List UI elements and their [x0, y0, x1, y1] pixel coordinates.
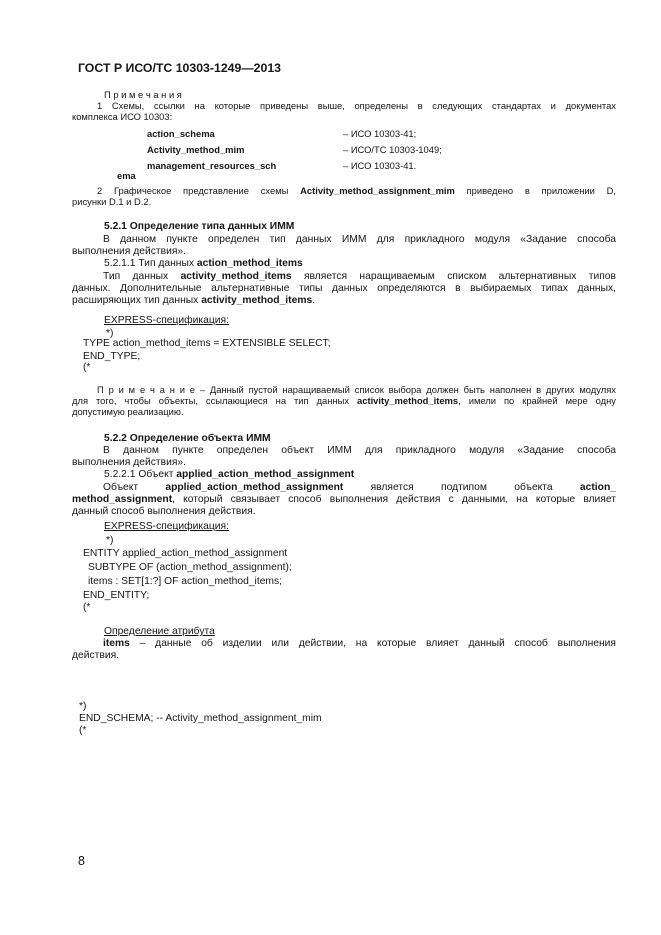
code-open-marker: *) [106, 535, 113, 547]
note1-line-2: комплекса ИСО 10303: [72, 111, 172, 122]
paragraph-entity-bold: activity_method_items [181, 271, 292, 282]
schema-name: action_schema [147, 128, 215, 139]
note2-text: приведено в приложении D, [455, 185, 616, 196]
paragraph-entity-bold: method_assignment [72, 494, 172, 505]
paragraph-entity-bold: applied_action_method_assignment [165, 482, 343, 493]
subsection-title-entity: action_method_items [197, 258, 303, 269]
express-spec-label: EXPRESS-спецификация: [104, 521, 229, 533]
paragraph-text: расширяющих тип данных [72, 295, 201, 306]
code-line: (* [83, 602, 90, 614]
code-line: ENTITY applied_action_method_assignment [83, 548, 287, 560]
doc-header: ГОСТ Р ИСО/ТС 10303-1249—2013 [78, 62, 281, 75]
paragraph-entity-bold: action_ [580, 482, 616, 493]
paragraph-text: Тип данных [103, 271, 181, 282]
subsection-title-text: 5.2.1.1 Тип данных [104, 258, 197, 269]
code-line: *) [79, 701, 86, 713]
note2-line-2: рисунки D.1 и D.2. [72, 196, 151, 207]
schema-name-wrap: ema [117, 170, 136, 181]
note-text: для того, чтобы объекты, ссылающиеся на … [72, 395, 357, 406]
document-page: ГОСТ Р ИСО/ТС 10303-1249—2013 П р и м е … [0, 0, 661, 935]
schema-ref: – ИСО 10303-41. [343, 160, 416, 171]
paragraph-entity-bold: activity_method_items [201, 295, 312, 306]
attribute-line: items – данные об изделии или действии, … [72, 638, 616, 651]
s522-paragraph-line: данный способ выполнения действия. [72, 506, 256, 518]
attribute-text: – данные об изделии или действии, на кот… [130, 638, 616, 649]
note2-text: 2 Графическое представление схемы [97, 185, 300, 196]
subsection-5221-title: 5.2.2.1 Объект applied_action_method_ass… [104, 469, 354, 481]
note2-line-1: 2 Графическое представление схемы Activi… [72, 185, 616, 198]
attribute-name-bold: items [103, 638, 130, 649]
code-line: items : SET[1:?] OF action_method_items; [88, 576, 282, 588]
schema-ref: – ИСО 10303-41; [343, 128, 416, 139]
express-spec-label: EXPRESS-спецификация: [104, 315, 229, 327]
section-521-title: 5.2.1 Определение типа данных ИММ [104, 221, 294, 233]
note-entity-bold: activity_method_items [357, 395, 458, 406]
page-number: 8 [78, 855, 85, 868]
code-line: END_SCHEMA; -- Activity_method_assignmen… [79, 713, 322, 725]
paragraph-text: , который связывает способ выполнения де… [172, 494, 616, 505]
schema-name: Activity_method_mim [147, 144, 244, 155]
attribute-line: действия. [72, 650, 119, 662]
note-text: , имели по крайней мере одну [458, 395, 616, 406]
s522-paragraph-line: выполнения действия». [72, 457, 186, 469]
subsection-title-entity: applied_action_method_assignment [176, 469, 354, 480]
code-line: TYPE action_method_items = EXTENSIBLE SE… [83, 338, 331, 350]
subsection-title-text: 5.2.2.1 Объект [104, 469, 176, 480]
schema-name: management_resources_sch [147, 160, 276, 171]
attribute-def-label: Определение атрибута [104, 626, 215, 638]
note2-schema-ref-bold: Activity_method_assignment_mim [300, 185, 455, 196]
code-line: (* [83, 362, 90, 374]
s521-note-line: допустимую реализацию. [72, 406, 184, 417]
s521-paragraph-line: расширяющих тип данных activity_method_i… [72, 295, 315, 307]
code-line: END_ENTITY; [83, 590, 149, 602]
paragraph-text: является наращиваемым списком альтернати… [292, 271, 616, 282]
schema-ref: – ИСО/ТС 10303-1049; [343, 144, 442, 155]
section-522-title: 5.2.2 Определение объекта ИММ [104, 433, 271, 445]
code-line: SUBTYPE OF (action_method_assignment); [88, 562, 292, 574]
paragraph-text: является подтипом объекта [343, 482, 580, 493]
notes-label: П р и м е ч а н и я [104, 89, 182, 100]
subsection-5211-title: 5.2.1.1 Тип данных action_method_items [104, 258, 303, 270]
s521-paragraph-line: выполнения действия». [72, 246, 186, 258]
code-line: (* [79, 725, 86, 737]
paragraph-text: . [312, 295, 315, 306]
paragraph-text: Объект [103, 482, 165, 493]
code-line: END_TYPE; [83, 351, 140, 363]
